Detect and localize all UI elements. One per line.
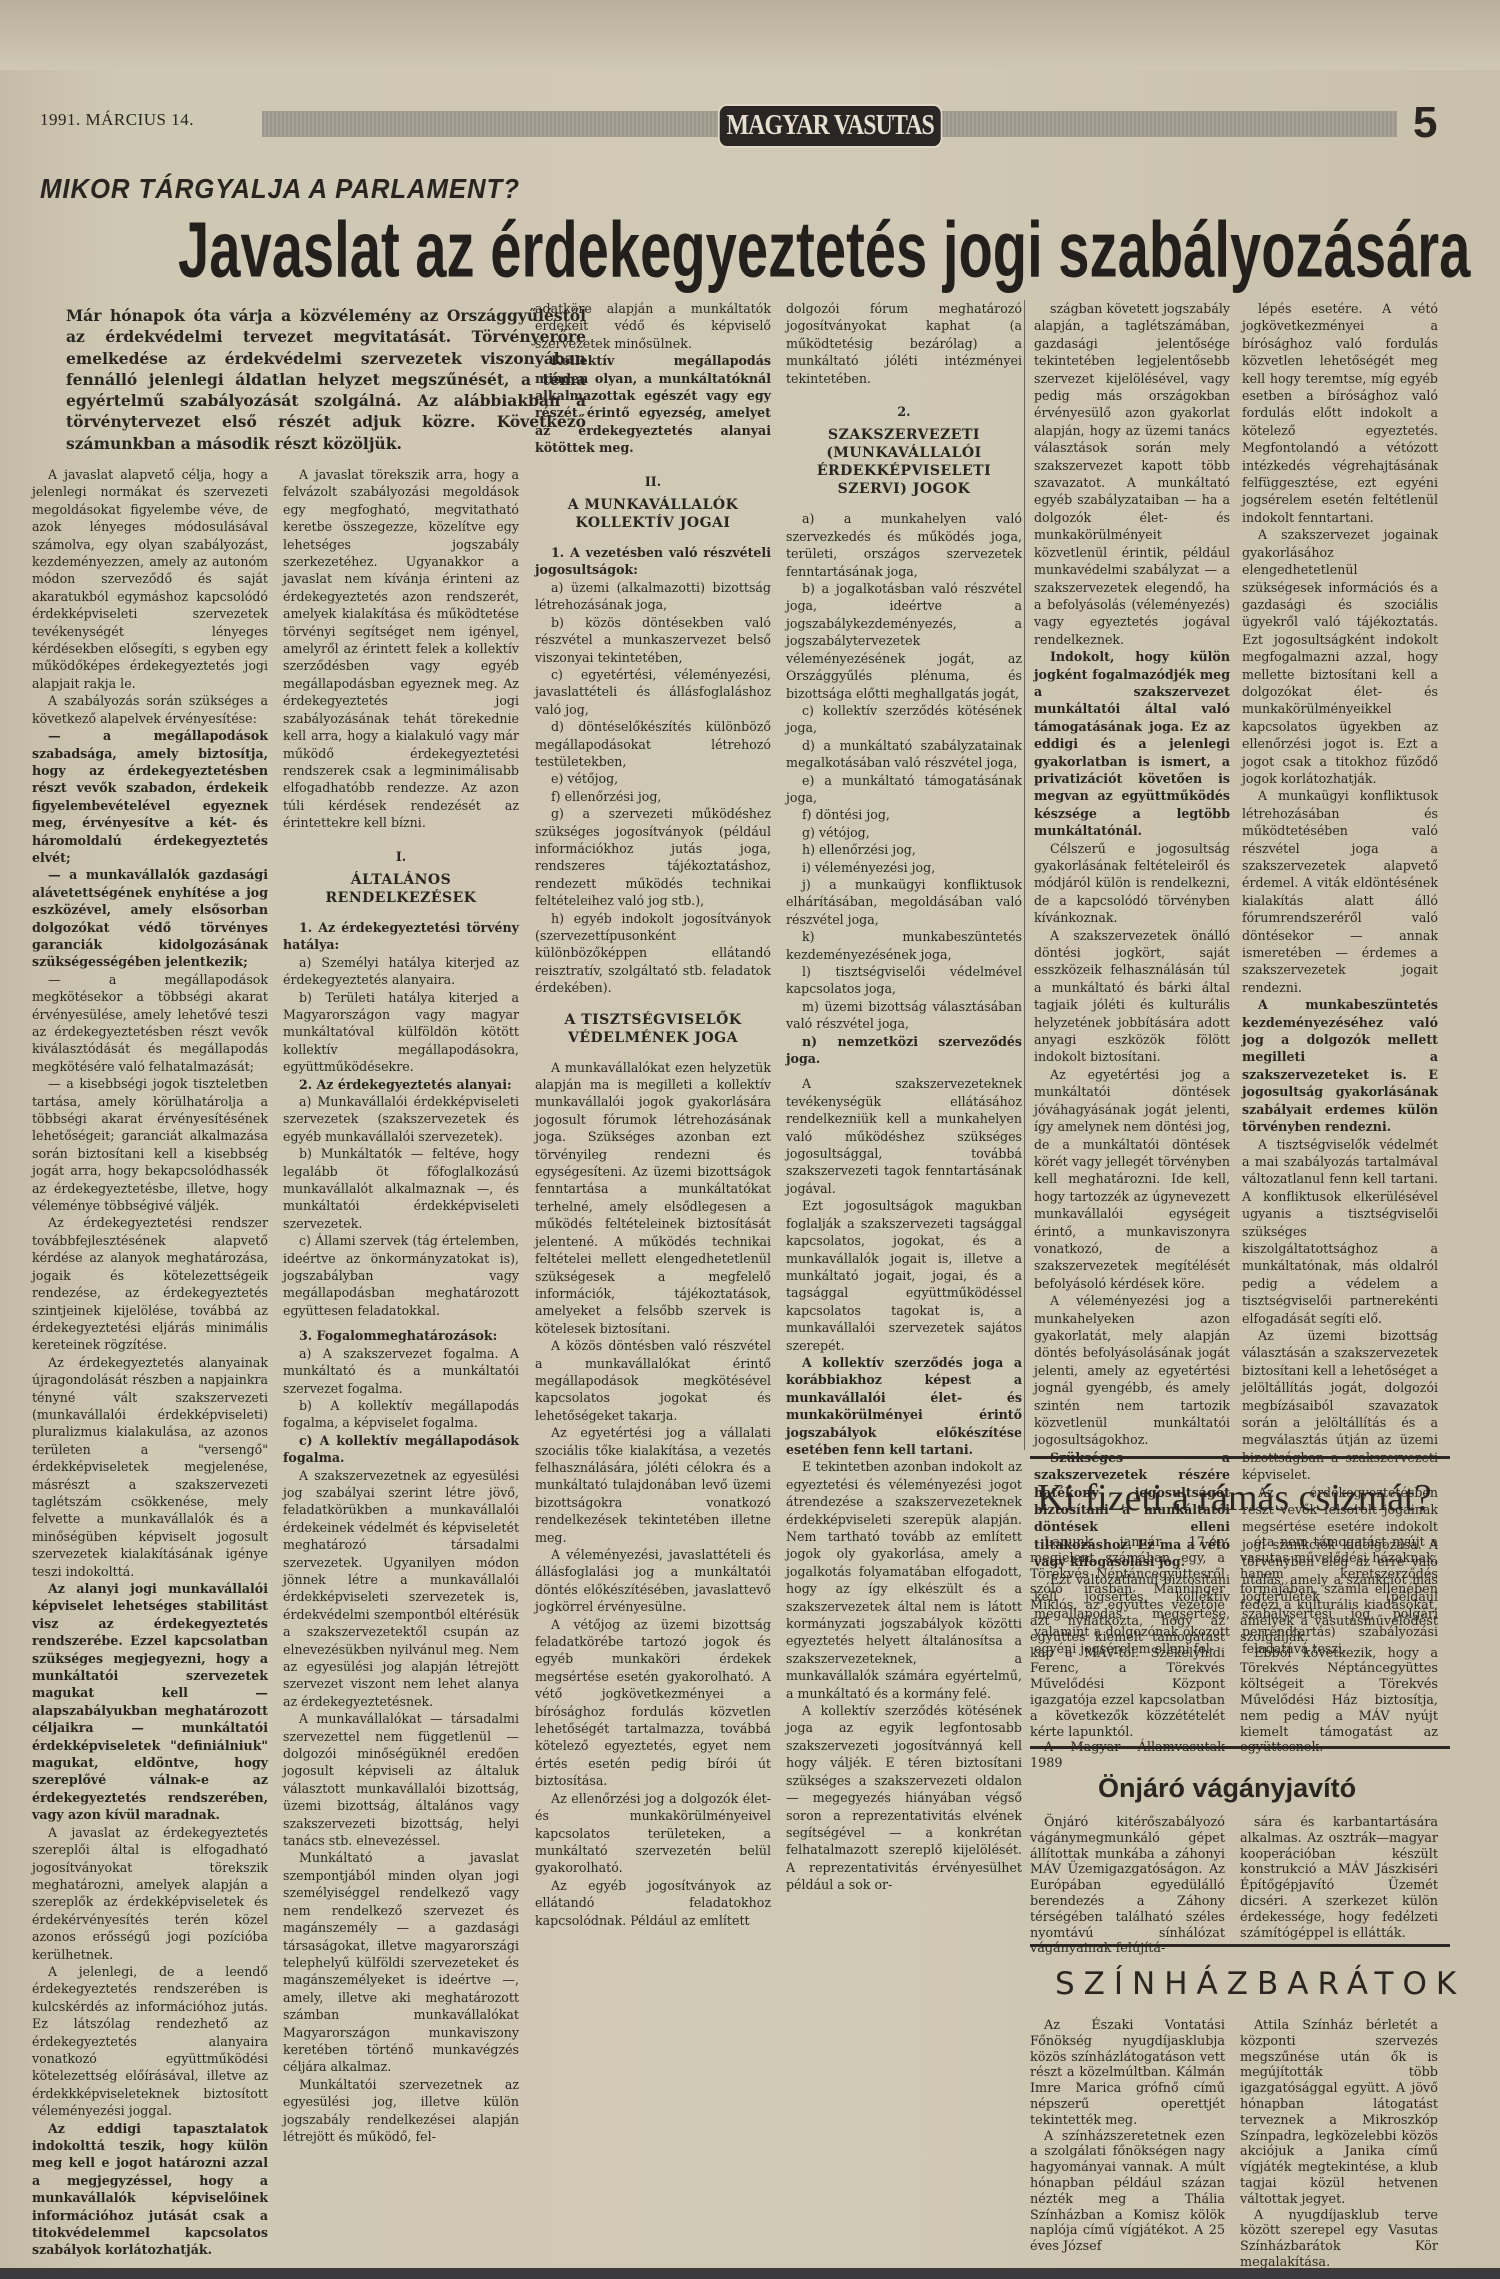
paragraph: A kollektív szerződés joga a korábbiakho… — [786, 1354, 1022, 1458]
paragraph: Lapunk január 17-én megjelent számában e… — [1030, 1535, 1225, 1740]
paragraph: c) A kollektív megállapodások fogalma. — [283, 1432, 519, 1467]
newspaper-page: 1991. MÁRCIUS 14. MAGYAR VASUTAS 5 MIKOR… — [0, 0, 1500, 2279]
paragraph: Ebből következik, hogy a Törekvés Néptán… — [1240, 1646, 1438, 1757]
section-title: A MUNKAVÁLLALÓK KOLLEKTÍV JOGAI — [535, 496, 771, 532]
paragraph: A munkavállalókat ezen helyzetük alapján… — [535, 1059, 771, 1338]
paragraph: A közös döntésben való részvétel a munka… — [535, 1337, 771, 1424]
paragraph: b) a jogalkotásban való részvétel joga, … — [786, 580, 1022, 702]
paragraph: A szakszervezet jogainak gyakorlásához e… — [1242, 526, 1438, 787]
paragraph: dolgozói fórum meghatározó jogosítványok… — [786, 300, 1022, 387]
column-divider — [1024, 300, 1025, 1450]
paragraph: a) A szakszervezet fogalma. A munkáltató… — [283, 1345, 519, 1397]
paragraph: b) Munkáltatók — feltéve, hogy legalább … — [283, 1145, 519, 1232]
section-number: 2. — [786, 403, 1022, 420]
subsection-title: 1. A vezetésben való részvételi jogosult… — [535, 544, 771, 579]
boots-column-a: Lapunk január 17-én megjelent számában e… — [1030, 1535, 1225, 1772]
paragraph: lépés esetére. A vétó jogkövetkezményei … — [1242, 300, 1438, 526]
paragraph: f) ellenőrzési jog, — [535, 788, 771, 805]
paragraph: A javaslat alapvető célja, hogy a jelenl… — [32, 466, 268, 692]
main-column-5: szágban követett jogszabály alapján, a t… — [1034, 300, 1230, 1658]
main-column-4: dolgozói fórum meghatározó jogosítványok… — [786, 300, 1022, 1894]
paragraph: A vétőjog az üzemi bizottság feladatköré… — [535, 1616, 771, 1790]
paragraph: Az alanyi jogi munkavállalói képviselet … — [32, 1580, 268, 1824]
main-column-3: adatköre alapján a munkáltatók érdekeit … — [535, 300, 771, 1929]
paragraph: a) üzemi (alkalmazotti) bizottság létreh… — [535, 579, 771, 614]
paragraph: Munkáltató a javaslat szempontjából mind… — [283, 1849, 519, 2075]
paragraph: A szakszervezeteknek tevékenységük ellát… — [786, 1075, 1022, 1197]
page-top-shadow — [0, 0, 1500, 70]
paragraph: A véleményezési jog a munkahelyeken azon… — [1034, 1292, 1230, 1449]
divider — [1030, 1746, 1450, 1749]
paragraph: d) a munkáltató szabályzatainak megalkot… — [786, 737, 1022, 772]
paragraph: c) egyetértési, véleményezési, javaslatt… — [535, 666, 771, 718]
article-lead: Már hónapok óta várja a közvélemény az O… — [66, 305, 586, 454]
paragraph: d) döntéselőkészítés különböző megállapo… — [535, 718, 771, 770]
paragraph: — a megállapodások megkötésekor a többsé… — [32, 971, 268, 1075]
theatre-column-b: Attila Színház bérletét a központi szerv… — [1240, 2018, 1438, 2279]
paragraph: Az ellenőrzési jog a dolgozók élet- és m… — [535, 1790, 771, 1877]
paragraph: — a megállapodások szabadsága, amely biz… — [32, 727, 268, 866]
theatre-column-a: Az Északi Vontatási Főnökség nyugdíjaskl… — [1030, 2018, 1225, 2255]
paragraph: A szakszervezetek önálló döntési jogkört… — [1034, 927, 1230, 1066]
paragraph: A színházszeretetnek ezen a szolgálati f… — [1030, 2129, 1225, 2255]
paragraph: Az érdekegyeztetés alanyainak újragondol… — [32, 1354, 268, 1580]
paragraph: A jelenlegi, de a leendő érdekegyeztetés… — [32, 1963, 268, 2120]
boots-column-b: óta nem támogatást nyújt a vasutas művel… — [1240, 1535, 1438, 1756]
paragraph: Attila Színház bérletét a központi szerv… — [1240, 2018, 1438, 2208]
paragraph: A munkaügyi konfliktusok létrehozásában … — [1242, 787, 1438, 996]
subsection-title: 1. Az érdekegyeztetési törvény hatálya: — [283, 919, 519, 954]
paragraph: sára és karbantartására alkalmas. Az osz… — [1240, 1815, 1438, 1941]
paragraph: Az egyetértési jog a munkáltatói döntése… — [1034, 1066, 1230, 1292]
main-column-2: A javaslat törekszik arra, hogy a felváz… — [283, 466, 519, 2145]
paragraph: a) Munkavállalói érdekképviseleti szerve… — [283, 1093, 519, 1145]
paragraph: Kollektív megállapodás minden olyan, a m… — [535, 352, 771, 456]
subsection-title: 3. Fogalommeghatározások: — [283, 1327, 519, 1344]
divider — [1030, 1456, 1450, 1459]
paragraph: Indokolt, hogy külön jogként fogalmazódj… — [1034, 648, 1230, 839]
paragraph: m) üzemi bizottság választásában való ré… — [786, 998, 1022, 1033]
section-title: ÁLTALÁNOS RENDELKEZÉSEK — [283, 871, 519, 907]
paragraph: e) a munkáltató támogatásának joga, — [786, 772, 1022, 807]
paragraph: c) Állami szervek (tág értelemben, ideér… — [283, 1232, 519, 1319]
paragraph: e) vétőjog, — [535, 770, 771, 787]
divider — [1030, 1944, 1450, 1947]
paragraph: Önjáró kitérőszabályozó vágánymegmunkáló… — [1030, 1815, 1225, 1957]
issue-date: 1991. MÁRCIUS 14. — [40, 110, 194, 130]
paragraph: b) Területi hatálya kiterjed a Magyarors… — [283, 989, 519, 1076]
paragraph: A nyugdíjasklub terve között szerepel eg… — [1240, 2208, 1438, 2271]
paragraph: A szakszervezetnek az egyesülési jog sza… — [283, 1467, 519, 1711]
paragraph: A javaslat az érdekegyeztetés szereplői … — [32, 1824, 268, 1963]
paragraph: A tisztségviselők védelmét a mai szabály… — [1242, 1136, 1438, 1327]
article-kicker: MIKOR TÁRGYALJA A PARLAMENT? — [40, 173, 520, 205]
section-number: II. — [535, 473, 771, 490]
article-title: Ki fizeti a rámás csizmát? — [1037, 1476, 1432, 1520]
paragraph: k) munkabeszüntetés kezdeményezésének jo… — [786, 928, 1022, 963]
track-column-b: sára és karbantartására alkalmas. Az osz… — [1240, 1815, 1438, 1941]
article-headline: Javaslat az érdekegyeztetés jogi szabály… — [178, 205, 1470, 295]
paragraph: i) véleményezési jog, — [786, 859, 1022, 876]
section-title: A TISZTSÉGVISELŐK VÉDELMÉNEK JOGA — [535, 1011, 771, 1047]
paragraph: Ezt jogosultságok magukban foglalják a s… — [786, 1197, 1022, 1354]
paragraph: h) egyéb indokolt jogosítványok (szervez… — [535, 910, 771, 997]
paragraph: c) kollektív szerződés kötésének joga, — [786, 702, 1022, 737]
paragraph: Az eddigi tapasztalatok indokolttá teszi… — [32, 2120, 268, 2259]
paragraph: A munkabeszüntetés kezdeményezéséhez val… — [1242, 996, 1438, 1135]
paragraph: — a munkavállalók gazdasági alávetettség… — [32, 866, 268, 970]
paragraph: óta nem támogatást nyújt a vasutas művel… — [1240, 1535, 1438, 1646]
page-bottom-edge — [0, 2268, 1500, 2279]
paragraph: A munkavállalókat — társadalmi szervezet… — [283, 1710, 519, 1849]
paragraph: Munkáltatói szervezetnek az egyesülési j… — [283, 2076, 519, 2146]
paragraph: A szabályozás során szükséges a következ… — [32, 692, 268, 727]
page-number: 5 — [1413, 98, 1437, 148]
article-title: SZÍNHÁZBARÁTOK — [1055, 1966, 1465, 2002]
paragraph: g) a szervezeti működéshez szükséges jog… — [535, 805, 771, 909]
paragraph: — a kisebbségi jogok tiszteletben tartás… — [32, 1075, 268, 1214]
masthead-logo: MAGYAR VASUTAS — [718, 104, 942, 148]
paragraph: Az egyetértési jog a vállalati szociális… — [535, 1424, 771, 1546]
paragraph: szágban követett jogszabály alapján, a t… — [1034, 300, 1230, 648]
paragraph: a) Személyi hatálya kiterjed az érdekegy… — [283, 954, 519, 989]
paragraph: Az egyéb jogosítványok az ellátandó fela… — [535, 1877, 771, 1929]
paragraph: j) a munkaügyi konfliktusok elhárításába… — [786, 876, 1022, 928]
paragraph: A véleményezési, javaslattételi és állás… — [535, 1546, 771, 1616]
paragraph: b) közös döntésekben való részvétel a mu… — [535, 614, 771, 666]
paragraph: h) ellenőrzési jog, — [786, 841, 1022, 858]
paragraph: 2. Az érdekegyeztetés alanyai: — [283, 1076, 519, 1093]
paragraph: Az Északi Vontatási Főnökség nyugdíjaskl… — [1030, 2018, 1225, 2129]
section-title: SZAKSZERVEZETI (MUNKAVÁLLALÓI ÉRDEKKÉPVI… — [786, 426, 1022, 498]
paragraph: a) a munkahelyen való szervezkedés és mű… — [786, 510, 1022, 580]
section-number: I. — [283, 848, 519, 865]
track-column-a: Önjáró kitérőszabályozó vágánymegmunkáló… — [1030, 1815, 1225, 1957]
paragraph: Az üzemi bizottság választásán a szaksze… — [1242, 1327, 1438, 1484]
paragraph: adatköre alapján a munkáltatók érdekeit … — [535, 300, 771, 352]
main-column-1: A javaslat alapvető célja, hogy a jelenl… — [32, 466, 268, 2259]
paragraph: b) A kollektív megállapodás fogalma, a k… — [283, 1397, 519, 1432]
paragraph: A kollektív szerződés kötésének joga az … — [786, 1702, 1022, 1893]
paragraph: l) tisztségviselői védelmével kapcsolato… — [786, 963, 1022, 998]
main-column-6: lépés esetére. A vétó jogkövetkezményei … — [1242, 300, 1438, 1658]
paragraph: Célszerű e jogosultság gyakorlásának fel… — [1034, 840, 1230, 927]
paragraph: E tekintetben azonban indokolt az egyezt… — [786, 1458, 1022, 1702]
article-title: Önjáró vágányjavító — [1098, 1773, 1356, 1804]
paragraph: A javaslat törekszik arra, hogy a felváz… — [283, 466, 519, 832]
paragraph: g) vétójog, — [786, 824, 1022, 841]
paragraph: Az érdekegyeztetési rendszer továbbfejle… — [32, 1214, 268, 1353]
paragraph: f) döntési jog, — [786, 806, 1022, 823]
paragraph: n) nemzetközi szerveződés joga. — [786, 1033, 1022, 1068]
